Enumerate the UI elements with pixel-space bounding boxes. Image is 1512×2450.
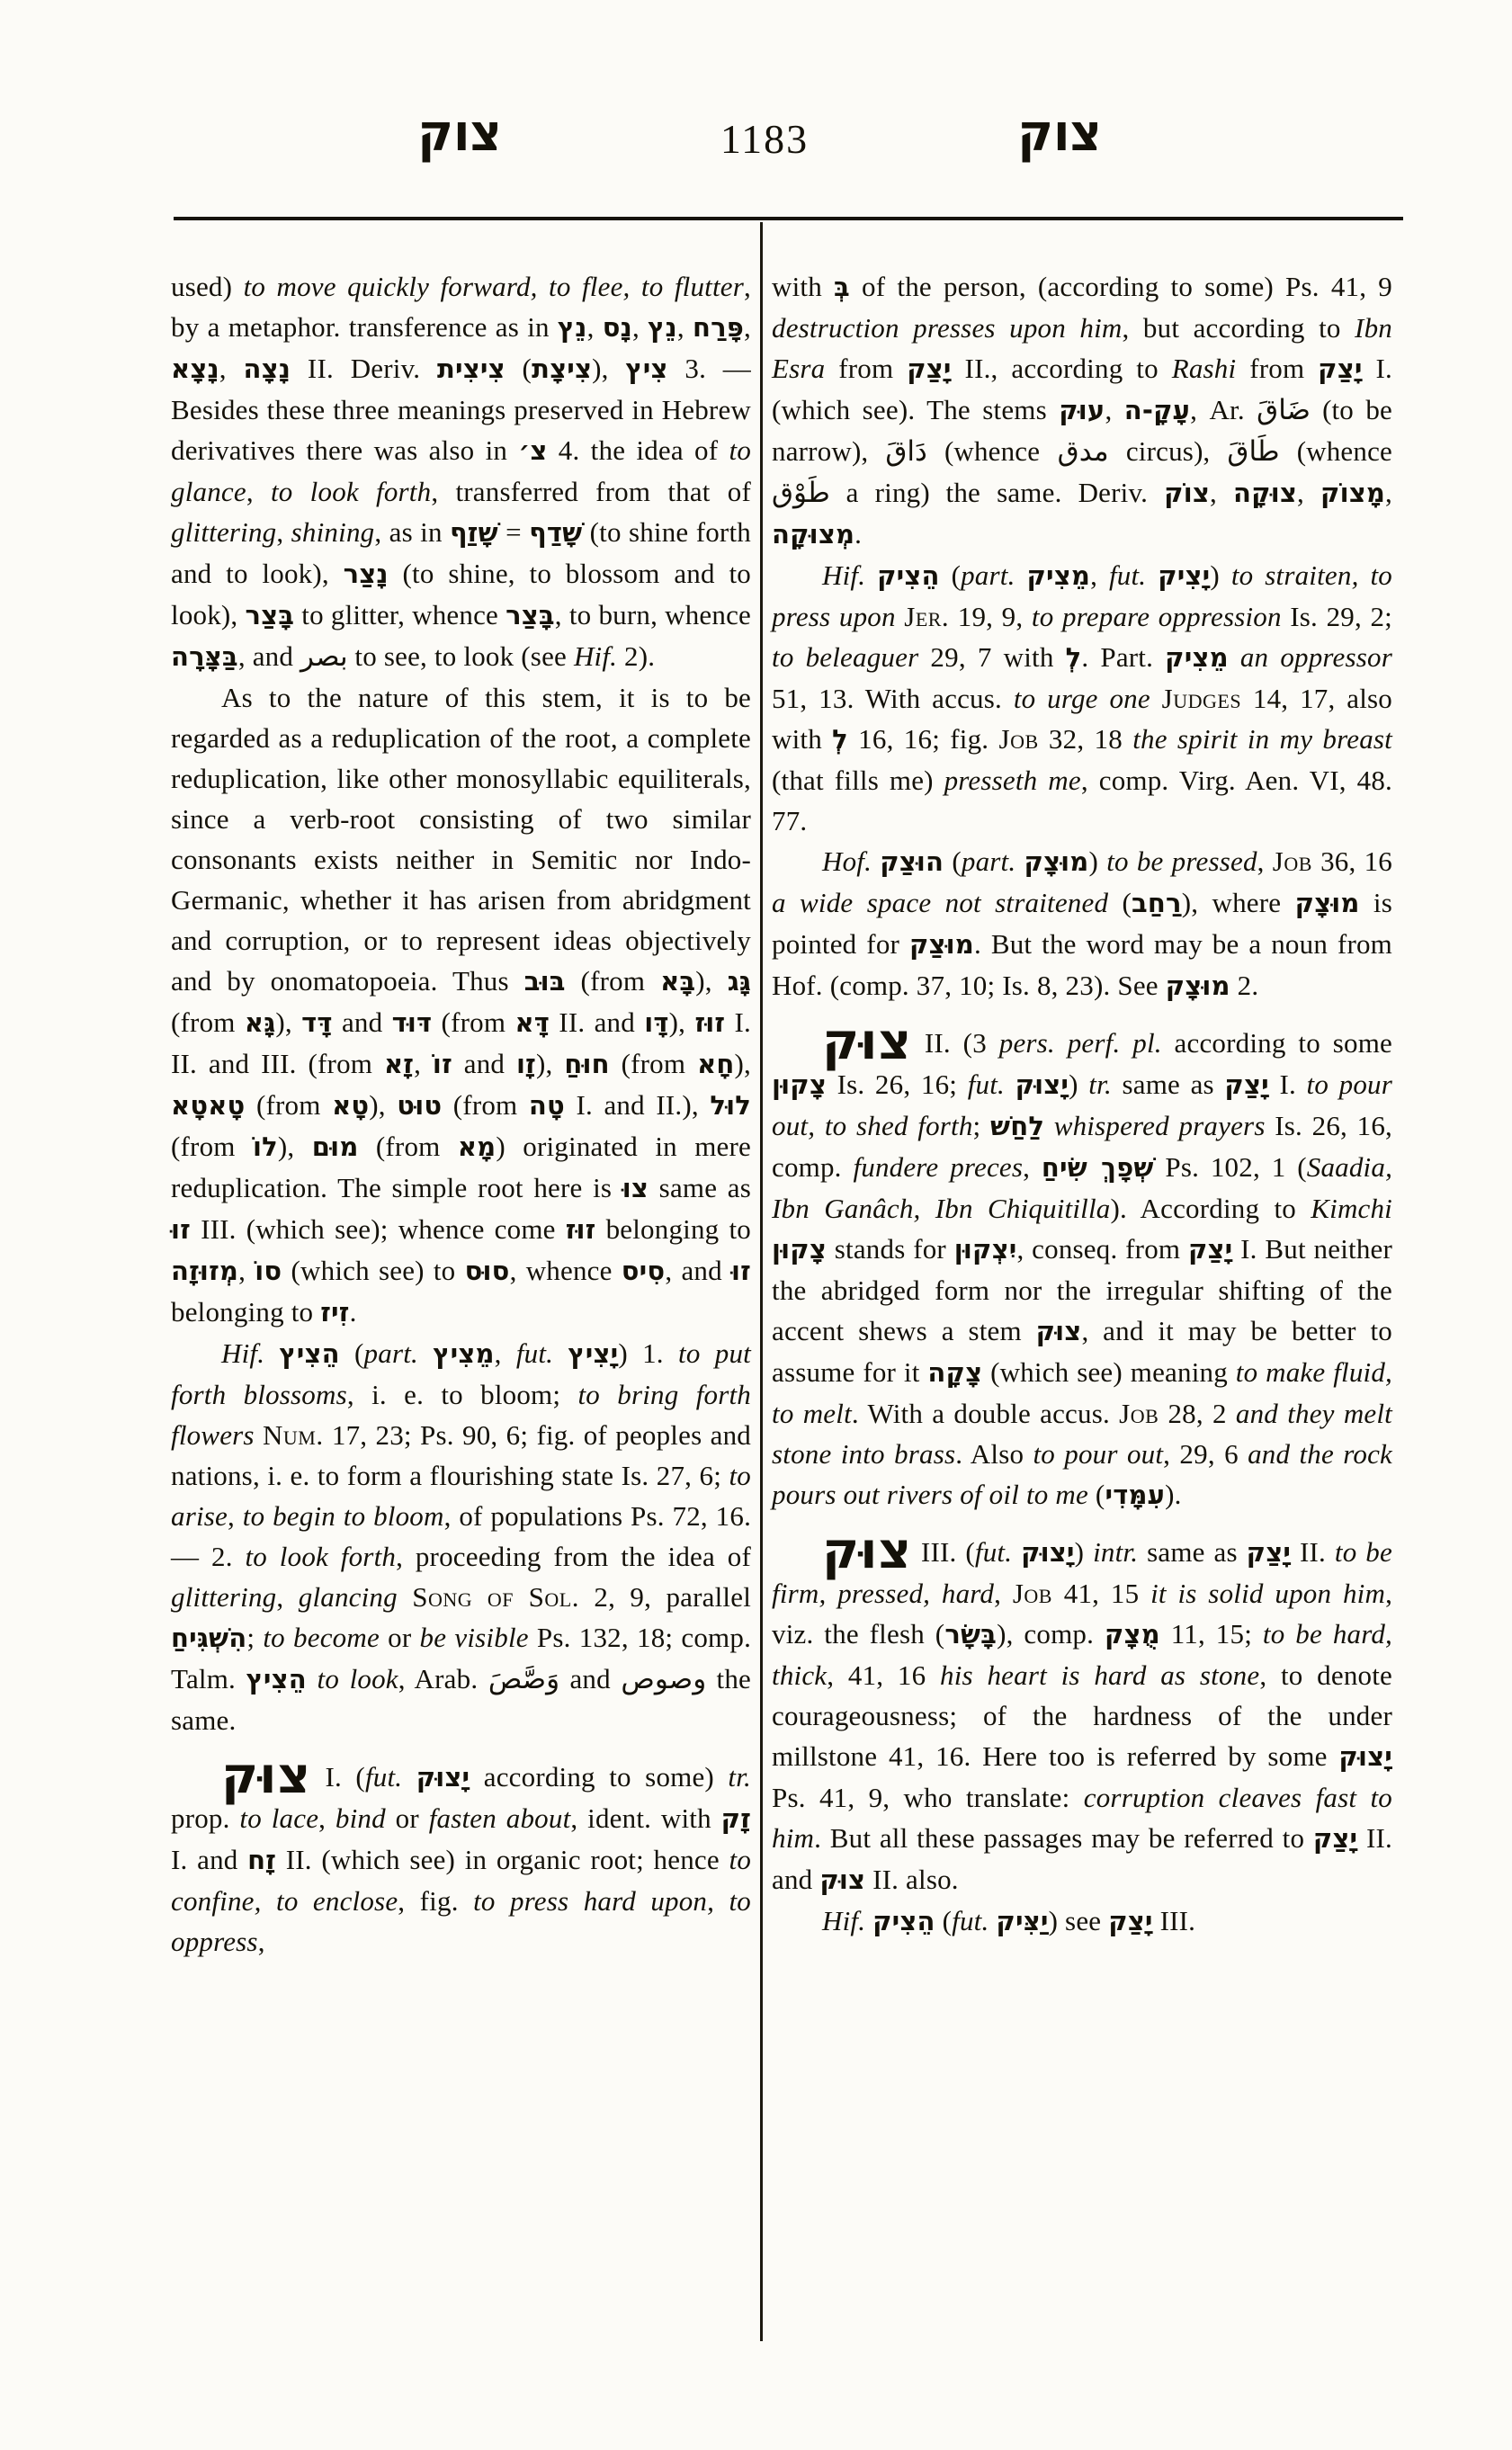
text-run: 16, 16; fig. — [848, 723, 999, 755]
smallcaps-reference: Job — [1273, 845, 1312, 877]
hebrew-term: הִשְׁגִּיחַ — [171, 1623, 246, 1653]
text-run: ) — [1089, 845, 1107, 877]
hebrew-term: צוּק — [819, 1864, 865, 1895]
hebrew-term: בַּצָּרָה — [171, 641, 238, 672]
arabic-term: وَصَّصَ — [488, 1663, 559, 1695]
text-run — [896, 601, 905, 632]
italic-gloss: an oppressor — [1240, 641, 1392, 673]
hebrew-term: יָצוּק — [1338, 1741, 1392, 1772]
arabic-term: طَاقَ — [1227, 435, 1279, 468]
italic-gloss: bind — [336, 1802, 386, 1834]
hebrew-term: בָּצַר — [246, 600, 295, 630]
dictionary-page: צוק 1183 צוק used) to move quickly forwa… — [0, 0, 1512, 2450]
hif-closing-paragraph: Hif. הֵצִיק (fut. יַצִּיק) see יָצַק III… — [772, 1900, 1392, 1942]
text-run: ) — [1210, 559, 1230, 591]
text-run: ), comp. — [997, 1618, 1105, 1650]
smallcaps-reference: Jer. — [904, 601, 949, 632]
hebrew-term: הֵצִיץ — [246, 1664, 307, 1694]
text-run: 19, 9, — [949, 601, 1032, 632]
italic-gloss: fut. — [365, 1761, 416, 1793]
hebrew-term: צָקָה — [927, 1357, 982, 1388]
italic-gloss: Kimchi — [1311, 1193, 1392, 1224]
hebrew-term: שְׁפָךְ שִׂיחַ — [1042, 1152, 1154, 1183]
text-run: (from — [171, 1131, 253, 1162]
hebrew-term: יָצוּק — [1015, 1069, 1069, 1100]
entry-headword: צוּק — [822, 1013, 912, 1071]
text-run: . With a double accus. — [852, 1398, 1119, 1429]
text-run: ; — [246, 1622, 263, 1653]
smallcaps-reference: Job — [999, 723, 1039, 755]
italic-gloss: to lace — [239, 1802, 318, 1834]
text-run: III. ( — [912, 1536, 975, 1568]
hebrew-term: לְ — [832, 724, 848, 755]
hebrew-term: זוּ — [171, 1214, 191, 1245]
hebrew-term: בָּא — [660, 966, 695, 997]
hebrew-term: צוּקָה — [1233, 478, 1297, 508]
text-run: a ring) the same. Deriv. — [830, 477, 1164, 508]
italic-gloss: fut. — [968, 1069, 1015, 1100]
text-run: , — [318, 1802, 336, 1834]
header-right-headword: צוק — [1017, 105, 1102, 162]
text-run — [1044, 1110, 1054, 1141]
entry-tsuq-iii: צוּק III. (fut. יָצוּק) intr. same as יָ… — [772, 1530, 1392, 1900]
hebrew-term: טָאטָא — [171, 1090, 245, 1121]
hebrew-term: דּוּד — [392, 1007, 433, 1038]
text-run: with — [772, 271, 834, 302]
hebrew-term: צוּ — [622, 1173, 649, 1203]
left-column: used) to move quickly forward, to flee, … — [171, 266, 751, 1962]
entry-tsuq-i: צוּק I. (fut. יָצוּק according to some) … — [171, 1755, 751, 1962]
text-run: II. — [1291, 1536, 1335, 1568]
text-run: or — [380, 1622, 420, 1653]
text-run: ; — [973, 1110, 990, 1141]
hebrew-term: עוּק — [1059, 395, 1105, 425]
hebrew-term: סִיס — [622, 1256, 666, 1286]
stem-nature-paragraph: As to the nature of this stem, it is to … — [171, 677, 751, 1333]
hebrew-term: דָּו — [644, 1007, 668, 1038]
hebrew-term: טָא — [332, 1090, 369, 1121]
hebrew-term: מְצוּקָה — [772, 519, 854, 550]
text-run: , — [258, 1926, 265, 1957]
text-run: from — [825, 353, 907, 384]
text-run: prop. — [171, 1802, 239, 1834]
text-run: (from — [245, 1089, 332, 1121]
text-run: Is. 26, 16; — [827, 1069, 968, 1100]
text-run: 36, 16 — [1312, 845, 1392, 877]
italic-gloss: whispered prayers — [1054, 1110, 1266, 1141]
arabic-term: دَاقَ — [885, 435, 926, 468]
text-run: (which see) to — [282, 1255, 464, 1286]
column-divider — [760, 222, 763, 2341]
text-run: to glitter, whence — [294, 599, 505, 630]
text-run: 28, 2 — [1159, 1398, 1236, 1429]
hebrew-term: מְזוּזָה — [171, 1256, 238, 1286]
text-run: , — [744, 311, 751, 343]
smallcaps-reference: Num. — [263, 1419, 324, 1451]
hebrew-term: סוֹ — [255, 1256, 282, 1286]
hebrew-term: סוּס — [465, 1256, 510, 1286]
smallcaps-reference: Song of Sol. — [412, 1581, 579, 1613]
text-run: according to some — [1162, 1027, 1392, 1059]
text-run: , — [228, 1500, 243, 1532]
italic-gloss: fut. — [975, 1536, 1021, 1568]
hebrew-term: לוֹ — [253, 1131, 278, 1162]
text-run: , — [632, 311, 648, 343]
hebrew-term: זוּ — [731, 1256, 751, 1286]
hebrew-term: מוּם — [312, 1131, 359, 1162]
text-run: . But all these passages may be referred… — [814, 1822, 1313, 1854]
italic-gloss: part. — [364, 1337, 434, 1369]
hebrew-term: חוּחַ — [564, 1049, 609, 1079]
text-run: , — [1105, 394, 1123, 425]
right-column: with בְּ of the person, (according to so… — [772, 266, 1392, 1942]
text-run: , and — [665, 1255, 731, 1286]
text-run: 2. — [1230, 970, 1259, 1001]
text-run: ( — [935, 1905, 952, 1936]
text-run: II. and — [550, 1006, 644, 1038]
text-run: II. Deriv. — [291, 353, 437, 384]
hebrew-term: הֵצִיק — [877, 560, 940, 591]
hebrew-term: חָא — [697, 1049, 734, 1079]
text-run — [1229, 641, 1240, 673]
text-run: , — [994, 1578, 1013, 1609]
italic-gloss: intr. — [1093, 1536, 1138, 1568]
hebrew-term: מָצוֹק — [1320, 478, 1385, 508]
text-run: (from — [359, 1131, 458, 1162]
italic-gloss: fut. — [1109, 559, 1158, 591]
hebrew-term: יָצַק — [1108, 1906, 1152, 1936]
hebrew-term: הֵצִיץ — [279, 1338, 339, 1369]
hebrew-term: צִיצָת — [532, 353, 592, 384]
hebrew-term: זָק — [721, 1803, 751, 1834]
hebrew-term: יָצַק — [1224, 1069, 1268, 1100]
arabic-term: مدق — [1058, 435, 1109, 468]
text-run — [307, 1663, 318, 1694]
text-run: , — [414, 1048, 433, 1079]
text-run: and — [452, 1048, 516, 1079]
italic-gloss: tr. — [728, 1761, 751, 1793]
text-run: (from — [610, 1048, 697, 1079]
text-run: , — [1297, 477, 1320, 508]
text-run: 11, 15; — [1160, 1618, 1263, 1650]
hebrew-term: מוּצָק — [1166, 970, 1230, 1001]
text-run: , — [276, 1581, 298, 1613]
text-run: , 41, 16 — [827, 1659, 940, 1691]
text-run: ), — [278, 1131, 312, 1162]
hebrew-term: יָצַק — [1313, 1823, 1357, 1854]
italic-gloss: Hif. — [574, 640, 617, 672]
italic-gloss: to prepare oppression — [1032, 601, 1282, 632]
hebrew-term: דָּד — [301, 1007, 333, 1038]
italic-gloss: to be pressed — [1106, 845, 1257, 877]
hebrew-term: רַחַב — [1132, 888, 1182, 918]
text-run: or — [386, 1802, 429, 1834]
italic-gloss: fundere preces — [853, 1151, 1023, 1183]
arabic-term: ضَاقَ — [1257, 394, 1311, 426]
text-run: Ps. 102, 1 ( — [1154, 1151, 1307, 1183]
text-run: circus), — [1109, 435, 1228, 467]
text-run: ), — [369, 1089, 397, 1121]
hebrew-term: מוּצַק — [909, 929, 974, 960]
text-run: III. (which see); whence come — [191, 1213, 566, 1245]
text-run: , conseq. from — [1016, 1233, 1188, 1265]
text-run: 4. the idea of — [548, 434, 729, 466]
hebrew-term: נָצָא — [171, 353, 219, 384]
tsuq-i-continuation-paragraph: with בְּ of the person, (according to so… — [772, 266, 1392, 555]
text-run: (from — [432, 1006, 514, 1038]
italic-gloss: be visible — [420, 1622, 529, 1653]
text-run: II., according to — [952, 353, 1172, 384]
italic-gloss: Hif. — [822, 559, 877, 591]
text-run — [255, 1419, 263, 1451]
arabic-term: طَوْق — [772, 477, 830, 509]
text-run: , — [495, 1337, 516, 1369]
italic-gloss: to begin to bloom — [243, 1500, 444, 1532]
italic-gloss: to beleaguer — [772, 641, 918, 673]
hebrew-term: צִיצִית — [437, 353, 505, 384]
text-run: I. and — [171, 1844, 247, 1875]
hebrew-term: זוּז — [566, 1214, 596, 1245]
text-run: ). According to — [1111, 1193, 1311, 1224]
text-run: ) — [1075, 1536, 1093, 1568]
italic-gloss: glancing — [299, 1581, 398, 1613]
text-run: ( — [505, 353, 532, 384]
italic-gloss: pers. perf. pl. — [999, 1027, 1162, 1059]
text-run: belonging to — [171, 1296, 320, 1328]
text-run: (from — [171, 1006, 245, 1038]
text-run: ), — [695, 965, 727, 997]
text-run: ) — [1069, 1069, 1088, 1100]
hebrew-term: יָצַק — [1188, 1234, 1232, 1265]
tsuts-continuation-paragraph: used) to move quickly forward, to flee, … — [171, 266, 751, 677]
text-run: ), — [735, 1048, 751, 1079]
text-run: according to some) — [470, 1761, 728, 1793]
italic-gloss: his heart is hard as stone — [940, 1659, 1259, 1691]
hif-paragraph: Hif. הֵצִיק (part. מֵצִיק, fut. יָצִיק) … — [772, 555, 1392, 841]
text-run: ). — [1165, 1479, 1181, 1510]
italic-gloss: fut. — [516, 1337, 568, 1369]
italic-gloss: to look forth — [245, 1541, 396, 1572]
text-run: , Ar. — [1190, 394, 1257, 425]
text-run: (from — [442, 1089, 529, 1121]
text-run: = — [498, 516, 529, 548]
hebrew-term: בְּ — [834, 272, 850, 302]
italic-gloss: the spirit in my breast — [1132, 723, 1392, 755]
text-run: ), — [275, 1006, 301, 1038]
italic-gloss: part. — [962, 845, 1024, 877]
italic-gloss: presseth me — [944, 765, 1081, 796]
italic-gloss: to look — [318, 1663, 398, 1694]
hebrew-term: בָּשָׂר — [944, 1619, 997, 1650]
text-run: . — [350, 1296, 357, 1328]
italic-gloss: glittering — [171, 516, 276, 548]
header-rule — [174, 217, 1403, 220]
text-run: , as in — [374, 516, 450, 548]
text-run: , — [1257, 845, 1273, 877]
italic-gloss: Hof. — [822, 845, 880, 877]
hebrew-term: מוּצָק — [1295, 888, 1360, 918]
text-run: . Part. — [1081, 641, 1165, 673]
text-run: stands for — [827, 1233, 954, 1265]
text-run: (which see) meaning — [982, 1356, 1236, 1388]
hof-paragraph: Hof. הוּצַק (part. מוּצָק) to be pressed… — [772, 841, 1392, 1006]
text-run: 32, 18 — [1039, 723, 1133, 755]
italic-gloss: it is solid upon him — [1150, 1578, 1385, 1609]
entry-tsuq-ii: צוּק II. (3 pers. perf. pl. according to… — [772, 1021, 1392, 1516]
hebrew-term: יָצַק — [1318, 353, 1362, 384]
text-run: , — [246, 476, 271, 507]
text-run: 2, 9, parallel — [579, 1581, 751, 1613]
text-run: and — [333, 1006, 392, 1038]
text-run: II. (which see) in organic root; hence — [276, 1844, 729, 1875]
hebrew-term: לוּל — [710, 1090, 751, 1121]
text-run: , — [677, 311, 693, 343]
text-run: (whence — [927, 435, 1058, 467]
italic-gloss: to urge one — [1014, 683, 1150, 714]
text-run: I. — [1269, 1069, 1307, 1100]
text-run: (whence — [1280, 435, 1392, 467]
text-run: ( — [1108, 887, 1132, 918]
text-run: ), where — [1182, 887, 1295, 918]
arabic-term: بصر — [300, 640, 348, 673]
text-run: I. ( — [311, 1761, 365, 1793]
hebrew-term: זוֹ — [433, 1049, 452, 1079]
text-run: 2). — [617, 640, 655, 672]
hif-paragraph: Hif. הֵצִיץ (part. מֵצִיץ, fut. יָצִיץ) … — [171, 1333, 751, 1740]
text-run: ) 1. — [618, 1337, 678, 1369]
hebrew-term: גָּא — [245, 1007, 275, 1038]
hebrew-term: עָקָ-ה — [1124, 395, 1190, 425]
italic-gloss: to move quickly forward, to flee, to flu… — [244, 271, 744, 302]
text-run: same as — [1112, 1069, 1225, 1100]
hebrew-term: יִצְקוּן — [954, 1234, 1017, 1265]
text-run: 51, 13. With accus. — [772, 683, 1014, 714]
hebrew-term: נָצַר — [344, 559, 389, 589]
arabic-term: وصوص — [621, 1663, 706, 1695]
text-run: 29, 7 with — [918, 641, 1065, 673]
text-run: , proceeding from the idea of — [396, 1541, 751, 1572]
hebrew-term: מֵצִיק — [1165, 642, 1229, 673]
text-run: , transferred from that of — [431, 476, 751, 507]
hebrew-term: טוּט — [397, 1090, 442, 1121]
italic-gloss: fasten about — [429, 1802, 571, 1834]
text-run: ), — [669, 1006, 695, 1038]
hebrew-term: עִמָּדִי — [1105, 1480, 1165, 1510]
text-run: ( — [1088, 1479, 1105, 1510]
text-run: used) — [171, 271, 244, 302]
text-run: , to burn, whence — [555, 599, 751, 630]
header-left-headword: צוק — [417, 105, 502, 162]
text-run — [398, 1581, 412, 1613]
text-run: II. also. — [865, 1864, 959, 1895]
hebrew-term: זָו — [516, 1049, 536, 1079]
text-run: (from — [566, 965, 660, 997]
hebrew-term: שָׁזַף — [450, 517, 498, 548]
text-run: , i. e. to bloom; — [347, 1379, 578, 1410]
text-run: and — [559, 1663, 621, 1694]
entry-headword: צוּק — [221, 1747, 311, 1805]
hebrew-term: יָצוּק — [416, 1762, 470, 1793]
italic-gloss: to become — [263, 1622, 380, 1653]
text-run: 41, 15 — [1052, 1578, 1150, 1609]
italic-gloss: fut. — [952, 1905, 996, 1936]
hebrew-term: לַחַשׁ — [990, 1111, 1044, 1141]
hebrew-term: זָח — [247, 1845, 276, 1875]
hebrew-term: גָּג — [728, 966, 751, 997]
text-run: ( — [340, 1337, 364, 1369]
hebrew-term: צוּק — [1036, 1316, 1082, 1346]
italic-gloss: Hif. — [221, 1337, 279, 1369]
smallcaps-reference: Job — [1119, 1398, 1159, 1429]
hebrew-term: צוֹק — [1164, 478, 1210, 508]
text-run: ), — [592, 353, 625, 384]
text-run: , — [1023, 1151, 1042, 1183]
hebrew-term: יָצִיק — [1158, 560, 1210, 591]
hebrew-term: צ׳ — [518, 435, 547, 466]
hebrew-term: צִיץ — [625, 353, 667, 384]
italic-gloss: to pour out — [1033, 1438, 1163, 1470]
text-run: , — [276, 516, 291, 548]
hebrew-term: יָצַק — [907, 353, 951, 384]
hebrew-term: יָצַק — [1247, 1537, 1291, 1568]
text-run: ), — [536, 1048, 564, 1079]
text-run: , and — [238, 640, 300, 672]
text-run: . — [854, 518, 862, 550]
italic-gloss: part. — [961, 559, 1026, 591]
text-run: II. (3 — [912, 1027, 999, 1059]
entry-headword: צוּק — [822, 1522, 912, 1580]
hebrew-term: מוּצָק — [1024, 846, 1088, 877]
text-run: (that fills me) — [772, 765, 944, 796]
text-run: ) see — [1049, 1905, 1109, 1936]
text-run: III. — [1153, 1905, 1195, 1936]
hebrew-term: שָׁדַף — [529, 517, 582, 548]
text-run: , — [1090, 559, 1109, 591]
text-run: same as — [649, 1172, 751, 1203]
hebrew-term: הוּצַק — [880, 846, 944, 877]
hebrew-term: טָה — [529, 1090, 565, 1121]
italic-gloss: a wide space not straitened — [772, 887, 1108, 918]
hebrew-term: דָּא — [514, 1007, 550, 1038]
hebrew-term: מָא — [458, 1131, 497, 1162]
hebrew-term: מֵצִיץ — [433, 1338, 494, 1369]
hebrew-term: זוּז — [694, 1007, 725, 1038]
text-run: , — [238, 1255, 255, 1286]
text-run: same as — [1138, 1536, 1246, 1568]
text-run: , 29, 6 — [1163, 1438, 1248, 1470]
text-run — [1150, 683, 1162, 714]
text-run: to see, to look (see — [348, 640, 574, 672]
text-run: belonging to — [595, 1213, 751, 1245]
italic-gloss: glittering — [171, 1581, 276, 1613]
hebrew-term: נָצָה — [244, 353, 291, 384]
hebrew-term: צָקוּן — [772, 1234, 827, 1265]
italic-gloss: tr. — [1088, 1069, 1112, 1100]
hebrew-term: צָקוּן — [772, 1069, 827, 1100]
smallcaps-reference: Judges — [1162, 683, 1241, 714]
text-run: . Also — [955, 1438, 1033, 1470]
text-run: , — [587, 311, 603, 343]
page-number: 1183 — [720, 115, 809, 163]
hebrew-term: יַצִּיק — [996, 1906, 1048, 1936]
hebrew-term: לְ — [1066, 642, 1082, 673]
italic-gloss: shining — [291, 516, 375, 548]
text-run: , fig. — [398, 1885, 473, 1917]
italic-gloss: Rashi — [1172, 353, 1237, 384]
hebrew-term: בּוּב — [524, 966, 566, 997]
text-run: Is. 29, 2; — [1282, 601, 1392, 632]
italic-gloss: destruction presses upon him — [772, 312, 1123, 344]
